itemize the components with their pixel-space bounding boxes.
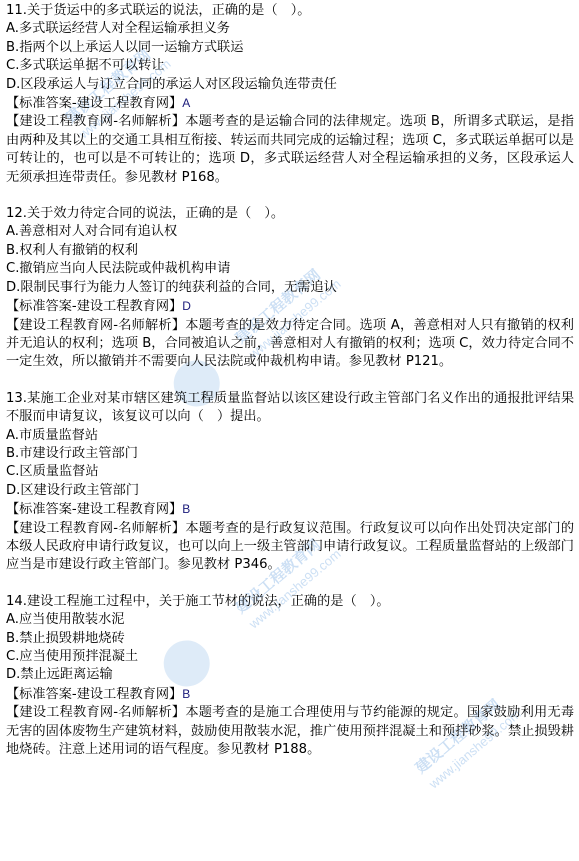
- option-c: C.应当使用预拌混凝土: [6, 648, 574, 666]
- answer-value: B: [182, 687, 190, 701]
- option-a: A.多式联运经营人对全程运输承担义务: [6, 20, 574, 38]
- option-d: D.区建设行政主管部门: [6, 482, 574, 500]
- option-b: B.市建设行政主管部门: [6, 445, 574, 463]
- option-b: B.权利人有撤销的权利: [6, 242, 574, 260]
- standard-answer: 【标准答案-建设工程教育网】A: [6, 94, 574, 113]
- option-c: C.区质量监督站: [6, 463, 574, 481]
- analysis-label: 【建设工程教育网-名师解析】: [6, 318, 185, 333]
- answer-label: 【标准答案-建设工程教育网】: [6, 96, 182, 111]
- option-b: B.禁止损毁耕地烧砖: [6, 630, 574, 648]
- option-d: D.限制民事行为能力人签订的纯获利益的合同，无需追认: [6, 279, 574, 297]
- question-stem: 12.关于效力待定合同的说法，正确的是（ ）。: [6, 205, 574, 223]
- option-a: A.善意相对人对合同有追认权: [6, 223, 574, 241]
- question-11: 11.关于货运中的多式联运的说法，正确的是（ ）。 A.多式联运经营人对全程运输…: [6, 2, 574, 187]
- answer-value: B: [182, 502, 190, 516]
- document: 11.关于货运中的多式联运的说法，正确的是（ ）。 A.多式联运经营人对全程运输…: [6, 2, 574, 759]
- option-c: C.多式联运单据不可以转让: [6, 57, 574, 75]
- spacer: [6, 372, 574, 390]
- option-a: A.市质量监督站: [6, 427, 574, 445]
- analysis: 【建设工程教育网-名师解析】本题考查的是运输合同的法律规定。选项 B，所谓多式联…: [6, 113, 574, 187]
- answer-value: D: [182, 299, 191, 313]
- question-stem: 14.建设工程施工过程中，关于施工节材的说法，正确的是（ ）。: [6, 593, 574, 611]
- question-14: 14.建设工程施工过程中，关于施工节材的说法，正确的是（ ）。 A.应当使用散装…: [6, 593, 574, 760]
- standard-answer: 【标准答案-建设工程教育网】B: [6, 500, 574, 519]
- option-d: D.禁止远距离运输: [6, 666, 574, 684]
- standard-answer: 【标准答案-建设工程教育网】D: [6, 297, 574, 316]
- analysis: 【建设工程教育网-名师解析】本题考查的是行政复议范围。行政复议可以向作出处罚决定…: [6, 520, 574, 575]
- answer-value: A: [182, 96, 190, 110]
- answer-label: 【标准答案-建设工程教育网】: [6, 299, 182, 314]
- option-d: D.区段承运人与订立合同的承运人对区段运输负连带责任: [6, 76, 574, 94]
- question-13: 13.某施工企业对某市辖区建筑工程质量监督站以该区建设行政主管部门名义作出的通报…: [6, 390, 574, 575]
- spacer: [6, 575, 574, 593]
- option-c: C.撤销应当向人民法院或仲裁机构申请: [6, 260, 574, 278]
- answer-label: 【标准答案-建设工程教育网】: [6, 687, 182, 702]
- question-stem: 11.关于货运中的多式联运的说法，正确的是（ ）。: [6, 2, 574, 20]
- analysis-label: 【建设工程教育网-名师解析】: [6, 521, 185, 536]
- analysis-label: 【建设工程教育网-名师解析】: [6, 114, 185, 129]
- option-a: A.应当使用散装水泥: [6, 611, 574, 629]
- spacer: [6, 187, 574, 205]
- analysis-label: 【建设工程教育网-名师解析】: [6, 705, 185, 720]
- analysis: 【建设工程教育网-名师解析】本题考查的是效力待定合同。选项 A，善意相对人只有撤…: [6, 317, 574, 372]
- standard-answer: 【标准答案-建设工程教育网】B: [6, 685, 574, 704]
- answer-label: 【标准答案-建设工程教育网】: [6, 502, 182, 517]
- question-12: 12.关于效力待定合同的说法，正确的是（ ）。 A.善意相对人对合同有追认权 B…: [6, 205, 574, 372]
- question-stem: 13.某施工企业对某市辖区建筑工程质量监督站以该区建设行政主管部门名义作出的通报…: [6, 390, 574, 427]
- option-b: B.指两个以上承运人以同一运输方式联运: [6, 39, 574, 57]
- analysis: 【建设工程教育网-名师解析】本题考查的是施工合理使用与节约能源的规定。国家鼓励利…: [6, 704, 574, 759]
